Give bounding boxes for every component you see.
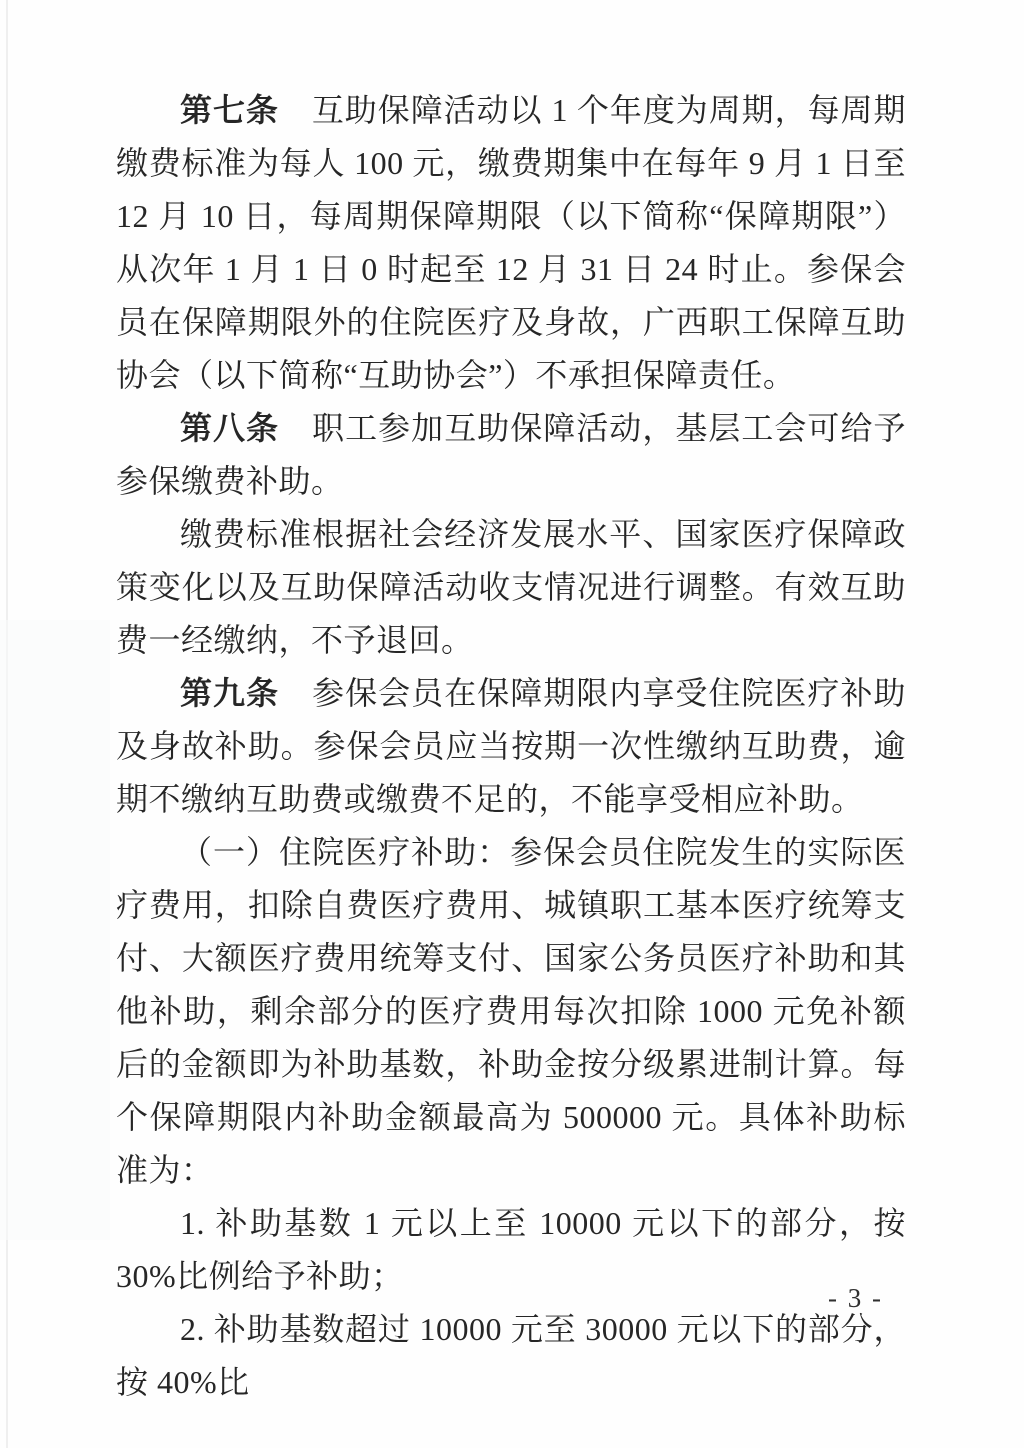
paragraph-text: 互助保障活动以 1 个年度为周期，每周期缴费标准为每人 100 元，缴费期集中在… — [116, 92, 906, 393]
scan-edge-artifact — [6, 0, 8, 1448]
scan-tint-artifact — [0, 620, 110, 1240]
paragraph-article-8: 第八条 职工参加互助保障活动，基层工会可给予参保缴费补助。 — [116, 402, 906, 508]
paragraph-article-7: 第七条 互助保障活动以 1 个年度为周期，每周期缴费标准为每人 100 元，缴费… — [116, 84, 906, 402]
article-heading: 第七条 — [180, 92, 279, 128]
document-body: 第七条 互助保障活动以 1 个年度为周期，每周期缴费标准为每人 100 元，缴费… — [116, 84, 906, 1409]
paragraph-text: （一）住院医疗补助：参保会员住院发生的实际医疗费用，扣除自费医疗费用、城镇职工基… — [116, 834, 906, 1188]
paragraph-tier-1: 1. 补助基数 1 元以上至 10000 元以下的部分，按 30%比例给予补助； — [116, 1197, 906, 1303]
paragraph-tier-2: 2. 补助基数超过 10000 元至 30000 元以下的部分，按 40%比 — [116, 1303, 906, 1409]
paragraph-text: 缴费标准根据社会经济发展水平、国家医疗保障政策变化以及互助保障活动收支情况进行调… — [116, 516, 906, 658]
article-heading: 第九条 — [180, 675, 279, 711]
paragraph-article-9: 第九条 参保会员在保障期限内享受住院医疗补助及身故补助。参保会员应当按期一次性缴… — [116, 667, 906, 826]
page-number: - 3 - — [828, 1283, 883, 1314]
article-heading: 第八条 — [180, 410, 279, 446]
paragraph-fee-adjustment: 缴费标准根据社会经济发展水平、国家医疗保障政策变化以及互助保障活动收支情况进行调… — [116, 508, 906, 667]
paragraph-hospital-subsidy: （一）住院医疗补助：参保会员住院发生的实际医疗费用，扣除自费医疗费用、城镇职工基… — [116, 826, 906, 1197]
paragraph-text: 1. 补助基数 1 元以上至 10000 元以下的部分，按 30%比例给予补助； — [116, 1205, 906, 1294]
document-page: 第七条 互助保障活动以 1 个年度为周期，每周期缴费标准为每人 100 元，缴费… — [0, 0, 1024, 1448]
paragraph-text: 2. 补助基数超过 10000 元至 30000 元以下的部分，按 40%比 — [116, 1311, 906, 1400]
